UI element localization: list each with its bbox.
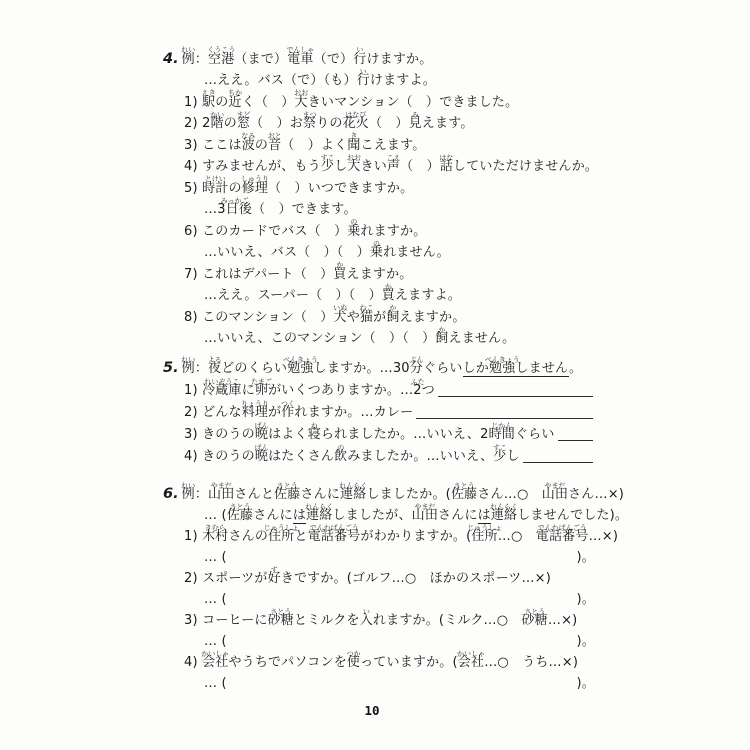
text-line: 3) きのうの晩ばんはよく寝ねられましたか。…いいえ、2時間じかんぐらい (184, 421, 595, 443)
text-segment: きですか。(ゴルフ…○ ほかのスポーツ…×) (281, 571, 551, 586)
furigana-reading: い (360, 69, 367, 76)
text-segment: さんに (438, 508, 478, 523)
furigana-word: 花火はなび (343, 116, 369, 132)
section-number: 4. (163, 51, 179, 67)
text-segment: けますか。 (366, 52, 432, 67)
text-segment: 6) このカードでバス（ ） (184, 224, 347, 239)
text-segment: けますよ。 (370, 73, 436, 88)
text-line: 6) このカードでバス（ ）乗のれますか。 (184, 218, 595, 240)
furigana-word: 会社かいしゃ (458, 655, 484, 671)
furigana-reading: か (438, 327, 445, 334)
line-text: 2) どんな料理りょうりが作つくれますか。…カレー (184, 405, 413, 421)
furigana-word: 買か (382, 288, 395, 304)
text-segment: やうちでパソコンを (228, 655, 346, 670)
furigana-reading: やまだ (544, 483, 565, 490)
text-segment: …ええ。バス（で）（も） (204, 73, 357, 88)
text-segment: （ ）できます。 (252, 202, 357, 217)
text-segment: きい (361, 159, 387, 174)
text-segment: ぐらい (515, 427, 555, 442)
furigana-word: 買か (333, 267, 346, 283)
furigana-word: 作つく (281, 405, 294, 421)
line-text: 8) このマンション（ ）犬いぬや猫ねこが飼かえますか。 (184, 310, 466, 326)
text-segment: 4) (184, 655, 202, 670)
furigana-word: 飲の (334, 449, 347, 465)
text-line: 1) 冷蔵庫れいぞうこに卵たまごがいくつありますか。…2ふたつ (184, 377, 595, 399)
furigana-reading: えき (202, 90, 216, 97)
line-text: …3日後みっかご（ ）できます。 (204, 202, 357, 218)
furigana-reading: でんわばんごう (538, 525, 587, 532)
furigana-reading: かいしゃ (201, 651, 229, 658)
page-number: 10 (0, 703, 744, 718)
furigana-word: 使つか (347, 655, 360, 671)
furigana-reading: つく (281, 401, 295, 408)
furigana-word: 乗の (347, 224, 360, 240)
furigana-reading: まど (237, 112, 251, 119)
text-segment: く（ ） (242, 95, 295, 110)
text-segment: はたくさん (268, 449, 334, 464)
text-segment: の (255, 138, 268, 153)
text-line: 2) 2階かいの窓まど（ ）お祭まつりの花火はなび（ ）見みえます。 (184, 111, 595, 133)
furigana-word: 料理りょうり (242, 405, 268, 421)
text-segment: 3) ここは (184, 138, 242, 153)
line-text: 5.例れい：夜よるどのくらい勉強べんきょうしますか。…30分ぷんぐらいしか勉強べ… (163, 360, 582, 377)
furigana-word: 砂糖さとう (521, 613, 547, 629)
furigana-reading: りょうり (241, 401, 269, 408)
text-segment: はよく (268, 427, 308, 442)
text-segment: （で） (314, 52, 354, 67)
furigana-word: 冷蔵庫れいぞうこ (202, 383, 242, 399)
line-text: … ( (204, 676, 227, 692)
furigana-reading: れんらく (490, 504, 518, 511)
furigana-word: 聞き (347, 138, 360, 154)
text-segment: さん…×) (568, 487, 624, 502)
underlined-text: は (478, 508, 491, 524)
text-line: 5) 時計とけいの修理しゅうり（ ）いつできますか。 (184, 175, 595, 197)
text-segment: 8) このマンション（ ） (184, 310, 334, 325)
furigana-word: 時計とけい (202, 181, 228, 197)
text-line: 4) すみませんが、もう少すこし大おおきい声こえ（ ）話はなしていただけませんか… (184, 154, 595, 176)
text-segment: しましたが、 (332, 508, 411, 523)
text-segment: 1) (184, 383, 202, 398)
line-text: 4) すみませんが、もう少すこし大おおきい声こえ（ ）話はなしていただけませんか… (184, 159, 598, 175)
furigana-word: 佐藤さとう (227, 508, 253, 524)
text-segment: しますか。…30 (314, 361, 410, 376)
text-segment: がわかりますか。( (361, 529, 472, 544)
furigana-reading: おお (347, 155, 361, 162)
line-text-tail: )。 (577, 592, 595, 608)
line-text: …ええ。スーパー（ ）（ ）買かえますよ。 (204, 288, 461, 304)
furigana-word: 話はな (440, 159, 453, 175)
text-line: 2) どんな料理りょうりが作つくれますか。…カレー (184, 399, 595, 421)
text-segment: の (224, 116, 237, 131)
line-text: 5) 時計とけいの修理しゅうり（ ）いつできますか。 (184, 181, 413, 197)
text-segment: とミルクを (294, 613, 360, 628)
text-line: …3日後みっかご（ ）できます。 (204, 197, 595, 219)
section-number: 5. (163, 360, 179, 376)
line-text: …いいえ、このマンション（ ）（ ）飼かえません。 (204, 331, 515, 347)
line-text: …いいえ、バス（ ）（ ）乗のれません。 (204, 245, 450, 261)
line-text: … (佐藤さとうさんには連絡れんらくしましたが、山田やまださんには連絡れんらくし… (204, 508, 628, 524)
furigana-reading: ね (311, 423, 318, 430)
furigana-word: 晩ばん (255, 427, 268, 443)
text-segment: 2) スポーツが (184, 571, 268, 586)
line-text: 6.例れい：山田やまださんと佐藤さとうさんに連絡れんらくしましたか。(佐藤さとう… (163, 486, 624, 503)
furigana-reading: ばん (254, 423, 268, 430)
furigana-reading: の (337, 445, 344, 452)
line-text-tail: )。 (577, 550, 595, 566)
text-segment: し (334, 159, 347, 174)
furigana-reading: れい (181, 357, 195, 364)
furigana-reading: はなび (345, 112, 366, 119)
furigana-word: 勉強べんきょう (287, 361, 313, 377)
furigana-word: 声こえ (387, 159, 400, 175)
text-segment: ： (195, 361, 208, 376)
text-line: …ええ。スーパー（ ）（ ）買かえますよ。 (204, 283, 595, 305)
furigana-reading: とけい (205, 176, 226, 183)
text-segment: …○ (498, 529, 536, 544)
text-segment: 7) これはデパート（ ） (184, 267, 333, 282)
furigana-reading: きむら (205, 525, 226, 532)
furigana-reading: かい (210, 112, 224, 119)
line-text-tail: )。 (577, 634, 595, 650)
furigana-reading: き (350, 133, 357, 140)
text-segment: しませんでした)。 (517, 508, 628, 523)
furigana-word: 電話番号でんわばんごう (536, 529, 589, 545)
furigana-reading: か (385, 284, 392, 291)
text-segment: し (507, 449, 520, 464)
text-line: … (佐藤さとうさんには連絡れんらくしましたが、山田やまださんには連絡れんらくし… (204, 503, 595, 524)
text-segment: りの (316, 116, 342, 131)
text-segment: みましたか。…いいえ、 (347, 449, 493, 464)
furigana-reading: か (389, 305, 396, 312)
text-segment: … (204, 202, 217, 217)
text-segment: れません。 (383, 245, 450, 260)
line-text: 3) ここは波なみの音おと（ ）よく聞きこえます。 (184, 138, 425, 154)
furigana-reading: さとう (270, 609, 291, 616)
underlined-text: は (293, 508, 306, 524)
text-segment: えますか。 (347, 267, 413, 282)
furigana-reading: ちか (228, 90, 242, 97)
text-line: … ()。 (204, 545, 595, 566)
furigana-reading: の (350, 219, 357, 226)
text-line: 1) 駅えきの近ちかく（ ）大おおきいマンション（ ）できました。 (184, 89, 595, 111)
furigana-word: 波なみ (242, 138, 255, 154)
text-segment: していただけませんか。 (453, 159, 598, 174)
text-segment: がいくつありますか。… (268, 383, 413, 398)
text-segment: )。 (577, 550, 595, 565)
furigana-reading: いぬ (333, 305, 347, 312)
text-segment: …いいえ、このマンション（ ）（ ） (204, 331, 435, 346)
exercise-section-6: 6.例れい：山田やまださんと佐藤さとうさんに連絡れんらくしましたか。(佐藤さとう… (163, 482, 595, 692)
line-text: 3) コーヒーに砂糖さとうとミルクを入いれますか。(ミルク…○ 砂糖さとう…×) (184, 613, 577, 629)
text-line: …ええ。バス（で）（も）行いけますよ。 (204, 68, 595, 90)
furigana-reading: さとう (277, 483, 298, 490)
text-segment: …×) (589, 529, 619, 544)
furigana-reading: はな (439, 155, 453, 162)
furigana-word: 少すこ (321, 159, 334, 175)
text-line: 6.例れい：山田やまださんと佐藤さとうさんに連絡れんらくしましたか。(佐藤さとう… (163, 482, 595, 503)
line-text: 6) このカードでバス（ ）乗のれますか。 (184, 224, 427, 240)
text-segment: )。 (577, 634, 595, 649)
furigana-word: 大おお (295, 95, 308, 111)
line-text: 1) 冷蔵庫れいぞうこに卵たまごがいくつありますか。…2ふたつ (184, 383, 435, 399)
fill-in-blank-line (523, 462, 593, 463)
line-text: 4) きのうの晩ばんはたくさん飲のみましたか。…いいえ、少すこし (184, 449, 520, 465)
text-line: 4) 会社かいしゃやうちでパソコンを使つかっていますか。(会社かいしゃ…○ うち… (184, 650, 595, 671)
furigana-word: 会社かいしゃ (202, 655, 228, 671)
furigana-reading: い (356, 47, 363, 54)
furigana-reading: ばん (254, 445, 268, 452)
furigana-word: 音おと (268, 138, 281, 154)
text-segment: 4) きのうの (184, 449, 255, 464)
furigana-word: 行い (353, 52, 366, 68)
text-segment: こえます。 (361, 138, 426, 153)
exercise-section-4: 4.例れい：空港くうこう（まで）電車でんしゃ（で）行いけますか。…ええ。バス（で… (163, 46, 595, 347)
text-line: 8) このマンション（ ）犬いぬや猫ねこが飼かえますか。 (184, 304, 595, 326)
text-segment: れますか。…カレー (295, 405, 414, 420)
text-segment: さんに (300, 487, 340, 502)
text-segment: さんに (253, 508, 293, 523)
furigana-reading: すこ (320, 155, 334, 162)
text-segment: … ( (204, 550, 227, 565)
furigana-reading: ふた (411, 379, 425, 386)
text-segment: )。 (577, 676, 595, 691)
text-segment: えません。 (449, 331, 516, 346)
text-segment: の (215, 95, 228, 110)
furigana-word: 分ぷん (410, 361, 423, 377)
text-segment: …○ うち…×) (484, 655, 578, 670)
furigana-reading: す (271, 567, 278, 574)
text-segment: …いいえ、バス（ ）（ ） (204, 245, 370, 260)
furigana-word: 2ふた (413, 383, 421, 399)
underlined-text: 勉強べんきょう (489, 361, 515, 377)
line-text: …ええ。バス（で）（も）行いけますよ。 (204, 73, 436, 89)
furigana-reading: べんきょう (485, 357, 520, 364)
furigana-word: 木村きむら (202, 529, 228, 545)
text-segment: … ( (204, 676, 227, 691)
furigana-reading: れんらく (339, 483, 367, 490)
furigana-word: 山田やまだ (412, 508, 438, 524)
text-segment: られましたか。…いいえ、2 (321, 427, 489, 442)
furigana-reading: の (373, 241, 380, 248)
text-line: …いいえ、バス（ ）（ ）乗のれません。 (204, 240, 595, 262)
line-text: … ( (204, 592, 227, 608)
furigana-word: 寝ね (308, 427, 321, 443)
furigana-word: 電車でんしゃ (287, 52, 313, 68)
furigana-reading: か (336, 262, 343, 269)
text-segment: 4) すみませんが、もう (184, 159, 321, 174)
furigana-reading: ぷん (409, 357, 423, 364)
furigana-reading: でんわばんごう (310, 525, 359, 532)
furigana-word: 佐藤さとう (451, 487, 477, 503)
underlined-text: しません (515, 361, 569, 377)
furigana-reading: じゅうしょ (467, 525, 502, 532)
furigana-word: 砂糖さとう (268, 613, 294, 629)
text-segment: … ( (204, 634, 227, 649)
furigana-reading: なみ (241, 133, 255, 140)
text-segment: …×) (548, 613, 578, 628)
furigana-reading: れんらく (305, 504, 333, 511)
text-segment: … ( (204, 592, 227, 607)
line-text: 1) 木村きむらさんの住所じゅうしょと電話番号でんわばんごうがわかりますか。(住… (184, 529, 618, 545)
furigana-word: 電話番号でんわばんごう (308, 529, 361, 545)
text-segment: が (373, 310, 386, 325)
furigana-word: 犬いぬ (334, 310, 347, 326)
text-line: 4) きのうの晩ばんはたくさん飲のみましたか。…いいえ、少すこし (184, 443, 595, 465)
text-segment: （ ）いつできますか。 (268, 181, 413, 196)
furigana-reading: すこ (493, 445, 507, 452)
furigana-reading: おお (294, 90, 308, 97)
text-segment: えますよ。 (395, 288, 461, 303)
text-segment: は (478, 508, 491, 523)
text-segment: えます。 (422, 116, 474, 131)
text-segment: っていますか。( (360, 655, 458, 670)
text-segment: 1) (184, 529, 202, 544)
fill-in-blank-line (558, 440, 593, 441)
text-segment: ： (195, 487, 208, 502)
furigana-reading: でんしゃ (286, 47, 314, 54)
furigana-word: 行い (357, 73, 370, 89)
text-segment: )。 (577, 592, 595, 607)
furigana-word: 佐藤さとう (274, 487, 300, 503)
text-line: … ()。 (204, 629, 595, 650)
furigana-reading: しゅうり (241, 176, 269, 183)
furigana-word: 好す (268, 571, 281, 587)
furigana-word: 少すこ (493, 449, 506, 465)
furigana-word: 祭まつ (303, 116, 316, 132)
furigana-reading: れい (181, 483, 195, 490)
line-text: 1) 駅えきの近ちかく（ ）大おおきいマンション（ ）できました。 (184, 95, 518, 111)
furigana-reading: やまだ (414, 504, 435, 511)
text-segment: の (228, 181, 241, 196)
text-segment: ぐらい (423, 361, 463, 376)
text-segment: 1) (184, 95, 202, 110)
text-line: … ()。 (204, 671, 595, 692)
text-segment: れますか。 (360, 224, 426, 239)
fill-in-blank-line (438, 396, 593, 397)
furigana-word: 例れい (182, 361, 195, 377)
furigana-reading: じゅうしょ (264, 525, 299, 532)
text-line: 2) スポーツが好すきですか。(ゴルフ…○ ほかのスポーツ…×) (184, 566, 595, 587)
furigana-reading: やまだ (211, 483, 232, 490)
furigana-reading: みっかご (221, 198, 249, 205)
furigana-word: 猫ねこ (360, 310, 373, 326)
furigana-reading: ねこ (360, 305, 374, 312)
furigana-reading: つか (347, 651, 361, 658)
text-line: 3) ここは波なみの音おと（ ）よく聞きこえます。 (184, 132, 595, 154)
text-segment: は (293, 508, 306, 523)
furigana-reading: い (363, 609, 370, 616)
worksheet-page: 4.例れい：空港くうこう（まで）電車でんしゃ（で）行いけますか。…ええ。バス（で… (0, 0, 750, 750)
text-segment: きいマンション（ ）できました。 (308, 95, 519, 110)
furigana-reading: さとう (230, 504, 251, 511)
furigana-word: 空港くうこう (208, 52, 234, 68)
text-line: 4.例れい：空港くうこう（まで）電車でんしゃ（で）行いけますか。 (163, 46, 595, 68)
text-segment: が (268, 405, 281, 420)
section-number: 6. (163, 486, 179, 502)
line-text: 4) 会社かいしゃやうちでパソコンを使つかっていますか。(会社かいしゃ…○ うち… (184, 655, 578, 671)
exercise-section-5: 5.例れい：夜よるどのくらい勉強べんきょうしますか。…30分ぷんぐらいしか勉強べ… (163, 355, 595, 465)
furigana-reading: れい (181, 47, 195, 54)
furigana-reading: くうこう (207, 47, 235, 54)
text-segment: （ ）お (250, 116, 303, 131)
fill-in-blank-line (416, 418, 593, 419)
furigana-word: 連絡れんらく (340, 487, 366, 503)
furigana-word: 階かい (211, 116, 224, 132)
text-segment: （ ） (369, 116, 409, 131)
furigana-reading: よる (208, 357, 222, 364)
furigana-reading: み (412, 112, 419, 119)
furigana-word: 時間じかん (489, 427, 515, 443)
furigana-reading: れいぞうこ (204, 379, 239, 386)
text-segment: えますか。 (400, 310, 466, 325)
text-segment: … ( (204, 508, 227, 523)
text-line: 3) コーヒーに砂糖さとうとミルクを入いれますか。(ミルク…○ 砂糖さとう…×) (184, 608, 595, 629)
furigana-reading: たまご (251, 379, 272, 386)
text-segment: れますか。(ミルク…○ (373, 613, 522, 628)
furigana-word: 連絡れんらく (491, 508, 517, 524)
furigana-reading: じかん (491, 423, 512, 430)
furigana-word: 住所じゅうしょ (268, 529, 294, 545)
line-text: 2) 2階かいの窓まど（ ）お祭まつりの花火はなび（ ）見みえます。 (184, 116, 474, 132)
line-text: 2) スポーツが好すきですか。(ゴルフ…○ ほかのスポーツ…×) (184, 571, 551, 587)
furigana-reading: さとう (454, 483, 475, 490)
text-segment: ： (195, 52, 208, 67)
furigana-word: 勉強べんきょう (489, 361, 515, 377)
exercise-content: 4.例れい：空港くうこう（まで）電車でんしゃ（で）行いけますか。…ええ。バス（で… (163, 46, 595, 692)
furigana-reading: こえ (387, 155, 401, 162)
furigana-word: 近ちか (228, 95, 241, 111)
furigana-word: 入い (360, 613, 373, 629)
furigana-word: 駅えき (202, 95, 215, 111)
text-segment: どのくらい (221, 361, 287, 376)
furigana-word: 乗の (370, 245, 383, 261)
furigana-word: 窓まど (237, 116, 250, 132)
furigana-word: 夜よる (208, 361, 221, 377)
line-text: … ( (204, 550, 227, 566)
furigana-word: 連絡れんらく (306, 508, 332, 524)
text-segment: 。 (569, 361, 582, 376)
furigana-word: 山田やまだ (542, 487, 568, 503)
line-text-tail: )。 (577, 676, 595, 692)
text-line: 1) 木村きむらさんの住所じゅうしょと電話番号でんわばんごうがわかりますか。(住… (184, 524, 595, 545)
text-segment: さん…○ (477, 487, 541, 502)
text-line: …いいえ、このマンション（ ）（ ）飼かえません。 (204, 326, 595, 348)
text-segment: しません (515, 361, 569, 376)
text-segment: 5) (184, 181, 202, 196)
text-segment: 3) きのうの (184, 427, 255, 442)
text-segment: しましたか。( (366, 487, 450, 502)
furigana-word: 見み (409, 116, 422, 132)
furigana-word: 住所じゅうしょ (471, 529, 497, 545)
text-line: 7) これはデパート（ ）買かえますか。 (184, 261, 595, 283)
text-segment: さんと (234, 487, 274, 502)
furigana-reading: さとう (524, 609, 545, 616)
text-line: … ()。 (204, 587, 595, 608)
furigana-word: 大おお (347, 159, 360, 175)
text-segment: 3) コーヒーに (184, 613, 268, 628)
line-text: 4.例れい：空港くうこう（まで）電車でんしゃ（で）行いけますか。 (163, 51, 432, 68)
text-segment: …ええ。スーパー（ ）（ ） (204, 288, 382, 303)
text-segment: （まで） (234, 52, 287, 67)
furigana-reading: べんきょう (283, 357, 318, 364)
line-text: 7) これはデパート（ ）買かえますか。 (184, 267, 413, 283)
furigana-word: 飼か (435, 331, 448, 347)
text-segment: （ ）よく (281, 138, 347, 153)
furigana-word: 晩ばん (255, 449, 268, 465)
text-segment: 2) 2 (184, 116, 211, 131)
text-segment: （ ） (400, 159, 440, 174)
